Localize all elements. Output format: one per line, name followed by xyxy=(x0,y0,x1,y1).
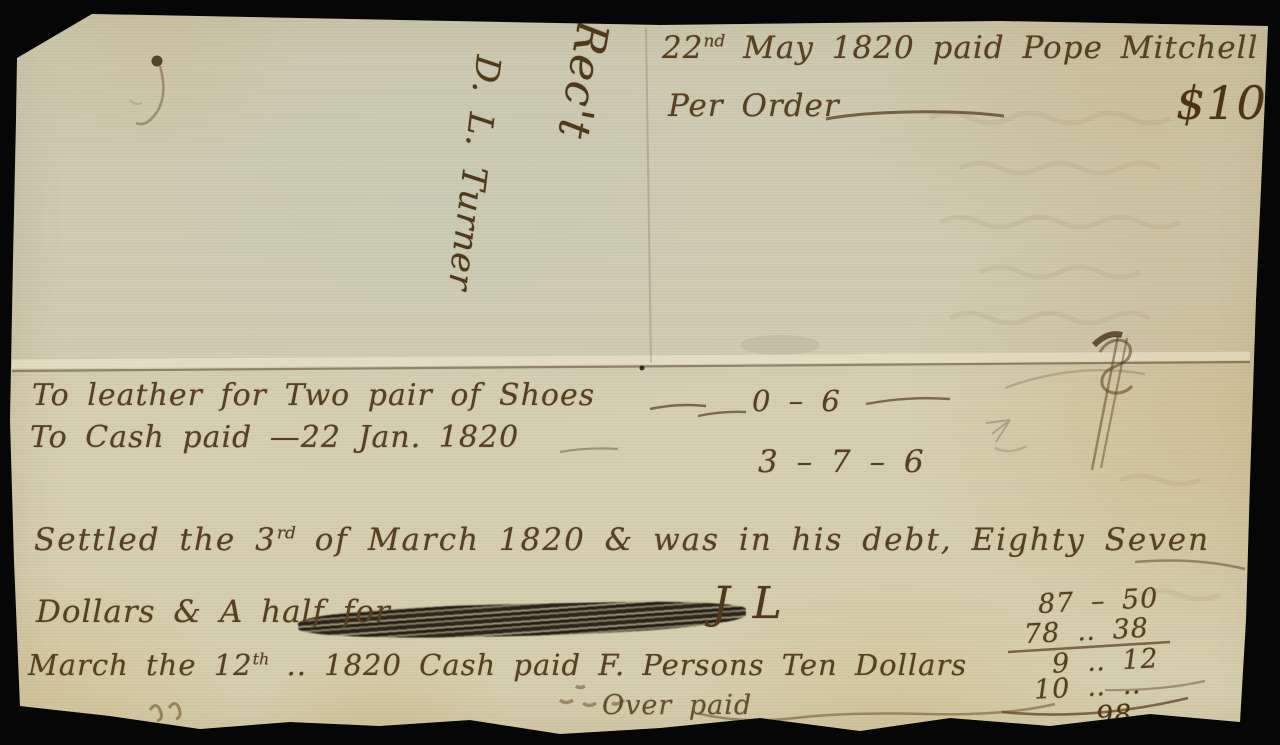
settlement-line3-pre: March the 12 xyxy=(28,648,253,682)
ink-blot xyxy=(130,56,163,125)
docket-signature: D. L. Turner xyxy=(439,53,508,293)
ledger-row-desc: To leather for Two pair of Shoes xyxy=(32,378,595,413)
vertical-crease xyxy=(646,28,651,363)
settlement-line3-sup: th xyxy=(253,649,270,668)
ledger-row-amount: 3 – 7 – 6 xyxy=(758,444,925,480)
settlement-line3: March the 12th .. 1820 Cash paid F. Pers… xyxy=(28,648,967,682)
docket-receipt-label: Rec't xyxy=(547,17,618,143)
line-swash xyxy=(1135,561,1245,569)
paper-sheet: 22nd May 1820 paid Pope Mitchell Per Ord… xyxy=(0,0,1280,745)
header-payee: May 1820 paid Pope Mitchell xyxy=(725,30,1258,66)
ledger-row-amount: 0 – 6 xyxy=(752,384,841,418)
fold-crease xyxy=(12,356,1250,371)
figure-total: 98 xyxy=(1095,699,1133,732)
settlement-line1: Settled the 3rd of March 1820 & was in h… xyxy=(34,522,1210,558)
header-day-suffix: nd xyxy=(703,32,725,52)
overpaid-note: Over paid xyxy=(602,690,752,721)
bottom-mark xyxy=(150,704,180,722)
ledger-row-desc: To Cash paid —22 Jan. 1820 xyxy=(30,420,519,455)
header-amount: $10 xyxy=(1176,76,1267,130)
settlement-line1-sup: rd xyxy=(277,524,296,544)
settlement-line2: Dollars & A half for xyxy=(36,594,391,630)
header-date-line: 22nd May 1820 paid Pope Mitchell xyxy=(662,30,1258,66)
overpaid-dash xyxy=(700,704,1055,720)
settlement-line3-post: .. 1820 Cash paid F. Persons Ten Dollars xyxy=(269,648,967,682)
header-day: 22 xyxy=(662,30,703,66)
header-per-order: Per Order xyxy=(668,88,840,124)
scanned-receipt: 22nd May 1820 paid Pope Mitchell Per Ord… xyxy=(0,0,1280,745)
monogram: J L xyxy=(712,578,783,629)
header-dash xyxy=(826,112,1004,119)
settlement-line1-post: of March 1820 & was in his debt, Eighty … xyxy=(296,522,1210,558)
settlement-line1-pre: Settled the 3 xyxy=(34,522,277,558)
